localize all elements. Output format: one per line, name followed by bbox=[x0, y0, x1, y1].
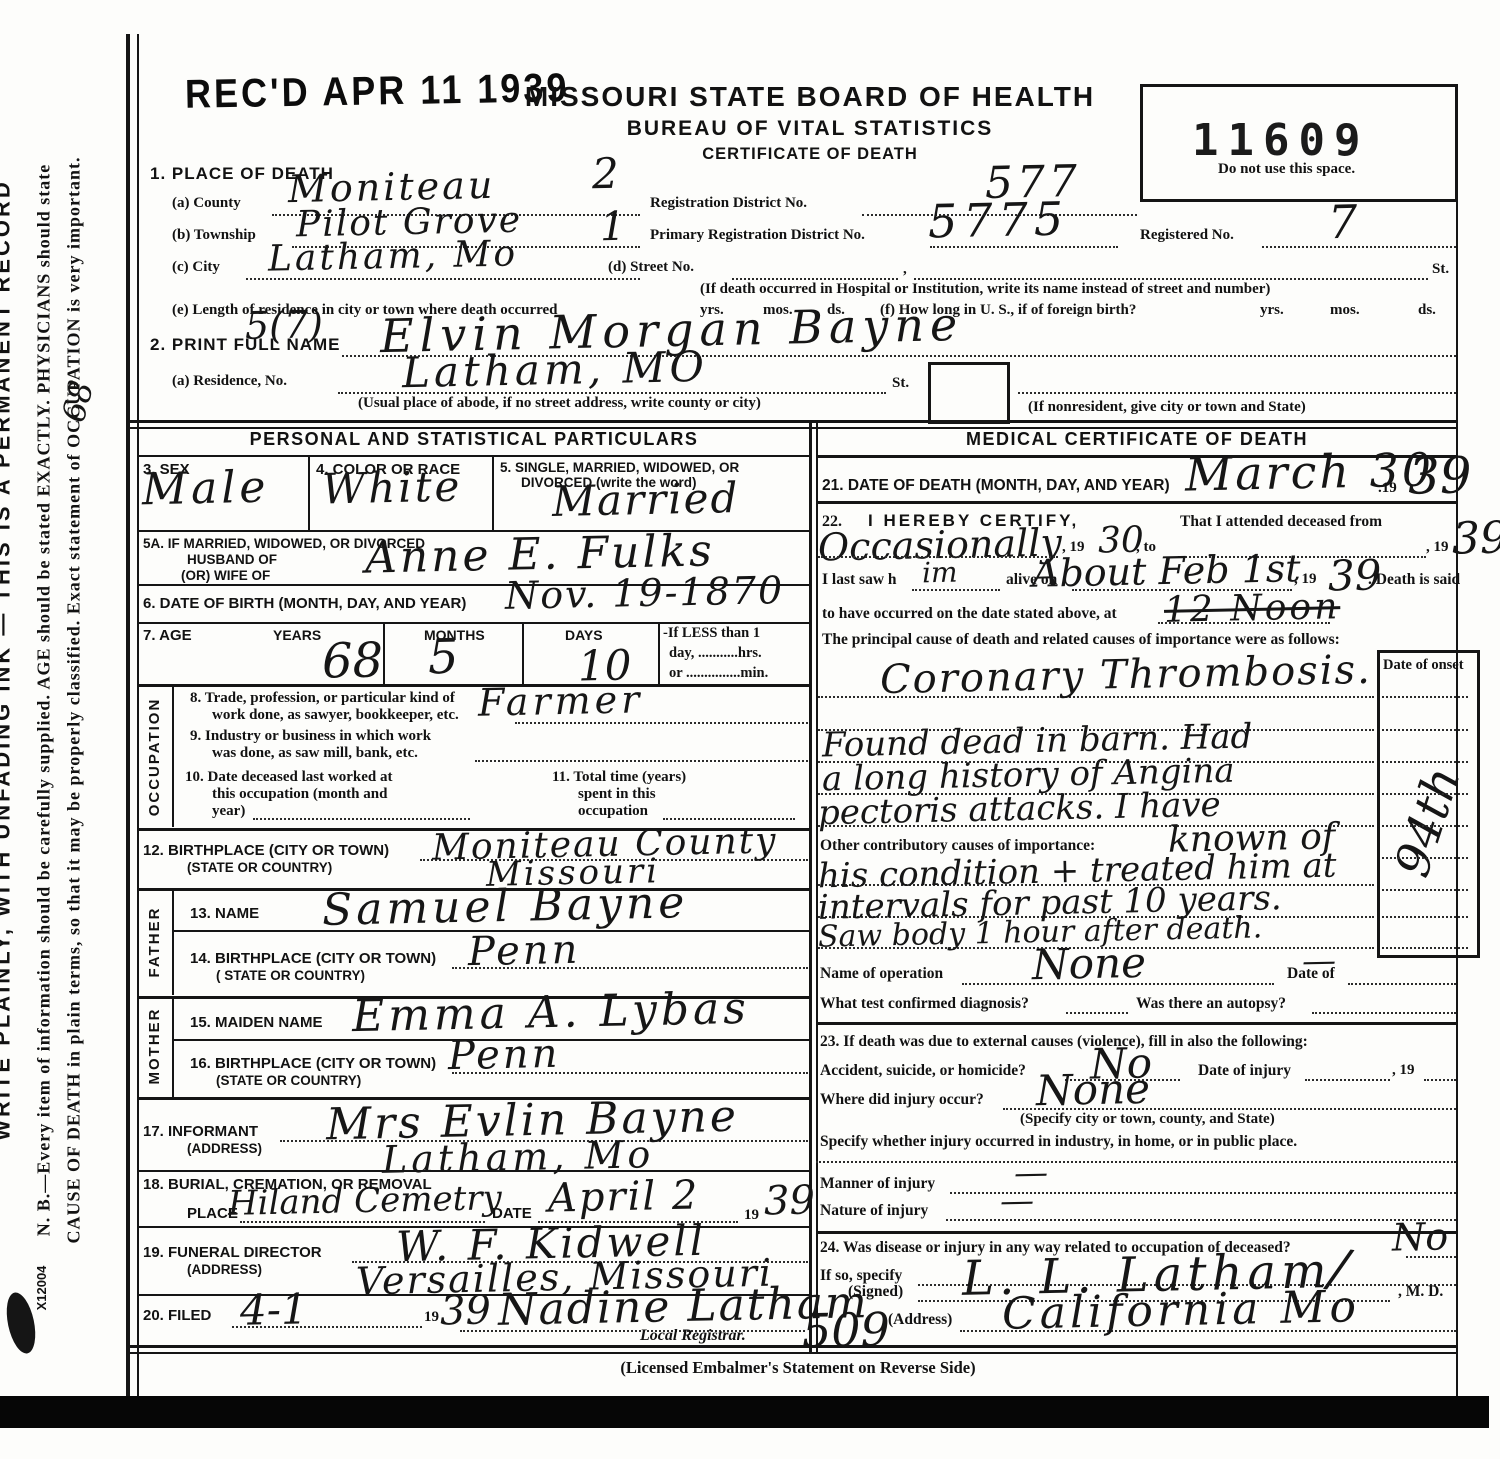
street-comma: , bbox=[903, 262, 907, 278]
father-birthplace-value: Penn bbox=[468, 929, 581, 973]
registration-district-label: Registration District No. bbox=[650, 196, 807, 212]
embalmer-note: (Licensed Embalmer's Statement on Revers… bbox=[139, 1359, 1457, 1376]
father-birthplace-label: 14. BIRTHPLACE (CITY OR TOWN) bbox=[190, 951, 436, 967]
sex-value: Male bbox=[142, 465, 270, 514]
age-years-value: 68 bbox=[321, 635, 383, 687]
less-than-line3: or ...............min. bbox=[669, 666, 768, 681]
burial-place-value: Hiland Cemetry bbox=[228, 1181, 502, 1222]
section-rule-top bbox=[126, 420, 1458, 423]
dob-label: 6. DATE OF BIRTH (MONTH, DAY, AND YEAR) bbox=[143, 596, 466, 612]
township-mark: 1 bbox=[600, 206, 626, 249]
mother-birthplace-value: Penn bbox=[448, 1033, 561, 1077]
hospital-note: (If death occurred in Hospital or Instit… bbox=[700, 282, 1270, 298]
burial-year-value: 39 bbox=[764, 1179, 816, 1222]
father-side-divider bbox=[172, 891, 174, 995]
personal-header: PERSONAL AND STATISTICAL PARTICULARS bbox=[139, 430, 809, 449]
accident-label: Accident, suicide, or homicide? bbox=[820, 1063, 1026, 1079]
age-months-value: 5 bbox=[427, 632, 459, 683]
spouse-label-line2: HUSBAND OF bbox=[187, 553, 277, 567]
age-label: 7. AGE bbox=[143, 628, 192, 644]
injury-date-line bbox=[1305, 1079, 1390, 1081]
date-of-death-value: March 30 bbox=[1185, 445, 1435, 499]
sex-race-divider bbox=[308, 455, 310, 530]
less-than-line1: -If LESS than 1 bbox=[663, 626, 760, 641]
bottom-scan-bar bbox=[0, 1396, 1489, 1428]
date-of-death-rule bbox=[818, 501, 1456, 504]
father-name-label: 13. NAME bbox=[190, 906, 259, 922]
trade-label-line2: work done, as sawyer, bookkeeper, etc. bbox=[212, 708, 459, 724]
date-of-death-year-value: 39 bbox=[1407, 449, 1472, 503]
operation-label: Name of operation bbox=[820, 966, 943, 982]
footer-rule-top bbox=[126, 1345, 1458, 1348]
dob-row-rule bbox=[139, 622, 809, 624]
street-no-line2 bbox=[914, 278, 1428, 280]
father-birthplace-sublabel: ( STATE OR COUNTRY) bbox=[216, 969, 365, 983]
residence-ward-box bbox=[928, 362, 1010, 424]
nonresident-line bbox=[1018, 392, 1456, 394]
township-label: (b) Township bbox=[172, 228, 256, 244]
mother-birthplace-sublabel: (STATE OR COUNTRY) bbox=[216, 1074, 361, 1088]
onset-box-line-5 bbox=[1382, 825, 1468, 827]
occupation-related-value: No bbox=[1392, 1217, 1449, 1258]
address-label: (Address) bbox=[888, 1312, 952, 1328]
onset-box-line-9 bbox=[1382, 947, 1468, 949]
board-title: MISSOURI STATE BOARD OF HEALTH bbox=[430, 82, 1190, 111]
age-years-label: YEARS bbox=[273, 628, 321, 643]
cause-of-death-value: Coronary Thrombosis. bbox=[880, 649, 1373, 701]
occupation-side-divider bbox=[172, 687, 174, 827]
last-saw-label3: . Death is said bbox=[1368, 572, 1460, 588]
margin-edge-note: WRITE PLAINLY, WITH UNFADING INK — THIS … bbox=[0, 179, 14, 1141]
onset-box-line-2 bbox=[1382, 729, 1468, 731]
operation-date-mark: — bbox=[1302, 944, 1337, 980]
injury-section-rule bbox=[818, 1231, 1456, 1234]
md-label: , M. D. bbox=[1398, 1284, 1443, 1300]
last-worked-label-line3: year) bbox=[212, 804, 245, 820]
autopsy-line bbox=[1312, 1012, 1456, 1014]
city-label: (c) City bbox=[172, 260, 220, 276]
test-line bbox=[1066, 1012, 1128, 1014]
filed-label: 20. FILED bbox=[143, 1308, 211, 1324]
onset-box-line-6 bbox=[1382, 857, 1468, 859]
trade-label-line1: 8. Trade, profession, or particular kind… bbox=[190, 691, 455, 707]
operation-date-line bbox=[1348, 983, 1456, 985]
to-year-prefix: , 19 bbox=[1426, 540, 1449, 556]
marital-value: Married bbox=[552, 476, 740, 524]
if-so-label: If so, specify bbox=[820, 1268, 902, 1284]
residence-st-label: St. bbox=[892, 376, 909, 392]
nature-line bbox=[946, 1219, 1456, 1221]
address-value: California Mo bbox=[1002, 1284, 1361, 1338]
date-of-death-year-prefix: .19 bbox=[1378, 481, 1397, 497]
injury-date-label: Date of injury bbox=[1198, 1063, 1291, 1079]
nature-label: Nature of injury bbox=[820, 1203, 928, 1219]
medical-mid-rule bbox=[818, 1022, 1456, 1025]
onset-box-line-8 bbox=[1382, 916, 1468, 918]
street-st-label: St. bbox=[1432, 262, 1449, 278]
onset-box-line-3 bbox=[1382, 761, 1468, 763]
last-saw-him-line bbox=[912, 589, 1000, 591]
death-certificate-scan: WRITE PLAINLY, WITH UNFADING INK — THIS … bbox=[0, 0, 1500, 1459]
burial-year-prefix: 19 bbox=[744, 1208, 759, 1224]
county-mark: 2 bbox=[592, 152, 620, 197]
mother-side-label: MOTHER bbox=[147, 1008, 163, 1085]
manner-label: Manner of injury bbox=[820, 1176, 935, 1192]
left-border-inner bbox=[137, 34, 139, 1396]
registered-no-value: 7 bbox=[1327, 198, 1357, 247]
onset-box-line-7 bbox=[1382, 889, 1468, 891]
father-name-value: Samuel Bayne bbox=[322, 880, 689, 934]
test-label: What test confirmed diagnosis? bbox=[820, 996, 1029, 1012]
last-worked-label-line2: this occupation (month and bbox=[212, 787, 387, 803]
birthplace-sublabel: (STATE OR COUNTRY) bbox=[187, 861, 332, 875]
injury-year-prefix: , 19 bbox=[1392, 1063, 1415, 1079]
where-injury-value: None bbox=[1036, 1067, 1151, 1113]
specify-injury-line bbox=[816, 1161, 1456, 1163]
total-time-label-line1: 11. Total time (years) bbox=[552, 770, 686, 786]
less-than-line2: day, ...........hrs. bbox=[669, 646, 762, 661]
occupation-related-line bbox=[1406, 1256, 1456, 1258]
total-time-label-line2: spent in this bbox=[578, 787, 656, 803]
margin-nb-note-line1: N. B.—Every item of information should b… bbox=[35, 164, 54, 1236]
left-border-outer bbox=[126, 34, 130, 1396]
occupation-side-label: OCCUPATION bbox=[147, 698, 163, 817]
residence-no-label: (a) Residence, No. bbox=[172, 374, 287, 390]
last-saw-year-prefix: , 19 bbox=[1294, 572, 1317, 588]
specify-city-note: (Specify city or town, county, and State… bbox=[1020, 1112, 1275, 1128]
trade-value: Farmer bbox=[478, 680, 644, 723]
autopsy-label: Was there an autopsy? bbox=[1136, 996, 1286, 1012]
funeral-director-sublabel: (ADDRESS) bbox=[187, 1263, 262, 1277]
informant-sublabel: (ADDRESS) bbox=[187, 1142, 262, 1156]
principal-cause-label: The principal cause of death and related… bbox=[822, 632, 1340, 648]
primary-registration-value: 5775 bbox=[928, 195, 1070, 246]
mother-name-label: 15. MAIDEN NAME bbox=[190, 1015, 323, 1031]
onset-box-line-1 bbox=[1382, 696, 1468, 698]
where-injury-label: Where did injury occur? bbox=[820, 1092, 984, 1108]
bureau-subtitle: BUREAU OF VITAL STATISTICS bbox=[430, 118, 1190, 140]
filed-year-value: 39 bbox=[440, 1289, 492, 1332]
number-box-note: Do not use this space. bbox=[1218, 162, 1355, 178]
birthplace-label: 12. BIRTHPLACE (CITY OR TOWN) bbox=[143, 843, 389, 859]
burial-date-value: April 2 bbox=[548, 1174, 700, 1219]
informant-row-rule bbox=[139, 1170, 809, 1172]
external-causes-label: 23. If death was due to external causes … bbox=[820, 1034, 1308, 1050]
local-registrar-label: Local Registrar. bbox=[640, 1328, 746, 1345]
industry-label-line2: was done, as saw mill, bank, etc. bbox=[212, 746, 418, 762]
street-no-label: (d) Street No. bbox=[608, 260, 694, 276]
manner-mark-2: — bbox=[1000, 1184, 1035, 1220]
registrar-line bbox=[460, 1330, 805, 1332]
personal-header-rule bbox=[139, 455, 809, 457]
father-side-label: FATHER bbox=[147, 907, 163, 978]
race-value: White bbox=[322, 465, 463, 512]
foreign-mos-label: mos. bbox=[1330, 303, 1360, 319]
to-year-value: 39 bbox=[1452, 515, 1500, 562]
mother-side-divider bbox=[172, 999, 174, 1097]
operation-value: None bbox=[1032, 941, 1147, 987]
injury-year-line bbox=[1424, 1079, 1456, 1081]
dob-value: Nov. 19-1870 bbox=[505, 571, 785, 617]
mother-birthplace-label: 16. BIRTHPLACE (CITY OR TOWN) bbox=[190, 1056, 436, 1072]
margin-nb-note-line2: CAUSE OF DEATH in plain terms, so that i… bbox=[65, 157, 84, 1244]
total-time-label-line3: occupation bbox=[578, 804, 648, 820]
abode-note: (Usual place of abode, if no street addr… bbox=[358, 396, 761, 412]
age-row-rule bbox=[139, 684, 809, 687]
last-worked-label-line1: 10. Date deceased last worked at bbox=[185, 770, 392, 786]
certify-rest-label: That I attended deceased from bbox=[1180, 514, 1382, 530]
registered-no-label: Registered No. bbox=[1140, 228, 1234, 244]
last-saw-label1: I last saw h bbox=[822, 572, 897, 588]
certificate-number: 11609 bbox=[1192, 118, 1369, 164]
specify-injury-label: Specify whether injury occurred in indus… bbox=[820, 1134, 1297, 1150]
onset-box-line-4 bbox=[1382, 793, 1468, 795]
race-marital-divider bbox=[492, 455, 494, 530]
filed-value: 4-1 bbox=[240, 1287, 309, 1333]
age-divider-2 bbox=[522, 622, 524, 684]
margin-handwritten-number: 68 bbox=[57, 378, 100, 426]
occurred-value: 12 Noon bbox=[1164, 588, 1341, 629]
last-saw-him-value: im bbox=[922, 558, 958, 588]
industry-label-line1: 9. Industry or business in which work bbox=[190, 729, 431, 745]
signed-label: (Signed) bbox=[848, 1284, 903, 1300]
age-divider-3 bbox=[658, 622, 660, 684]
foreign-yrs-label: yrs. bbox=[1260, 303, 1284, 319]
date-of-onset-label: Date of onset bbox=[1383, 658, 1464, 673]
spouse-label-line3: (OR) WIFE OF bbox=[181, 569, 270, 583]
county-label: (a) County bbox=[172, 196, 241, 212]
date-of-death-label: 21. DATE OF DEATH (MONTH, DAY, AND YEAR) bbox=[822, 478, 1170, 494]
funeral-director-label: 19. FUNERAL DIRECTOR bbox=[143, 1245, 322, 1261]
occurred-label: to have occurred on the date stated abov… bbox=[822, 606, 1117, 622]
last-worked-line bbox=[253, 818, 470, 820]
primary-registration-label: Primary Registration District No. bbox=[650, 228, 865, 244]
city-value: Latham, Mo bbox=[268, 235, 519, 278]
street-no-line1 bbox=[732, 278, 898, 280]
foreign-ds-label: ds. bbox=[1418, 303, 1436, 319]
cause-note-line3: pectoris attacks. I have bbox=[818, 788, 1221, 832]
footer-rule-bottom bbox=[126, 1352, 1458, 1354]
margin-form-code: X12004 bbox=[35, 1266, 49, 1311]
informant-label: 17. INFORMANT bbox=[143, 1124, 258, 1140]
residence-no-value: Latham, MO bbox=[402, 345, 709, 395]
registered-no-line bbox=[1262, 246, 1456, 248]
filed-year-prefix: 19 bbox=[424, 1310, 439, 1326]
industry-line bbox=[475, 760, 808, 762]
full-name-label: 2. PRINT FULL NAME bbox=[150, 336, 341, 354]
nonresident-note: (If nonresident, give city or town and S… bbox=[1028, 400, 1306, 416]
